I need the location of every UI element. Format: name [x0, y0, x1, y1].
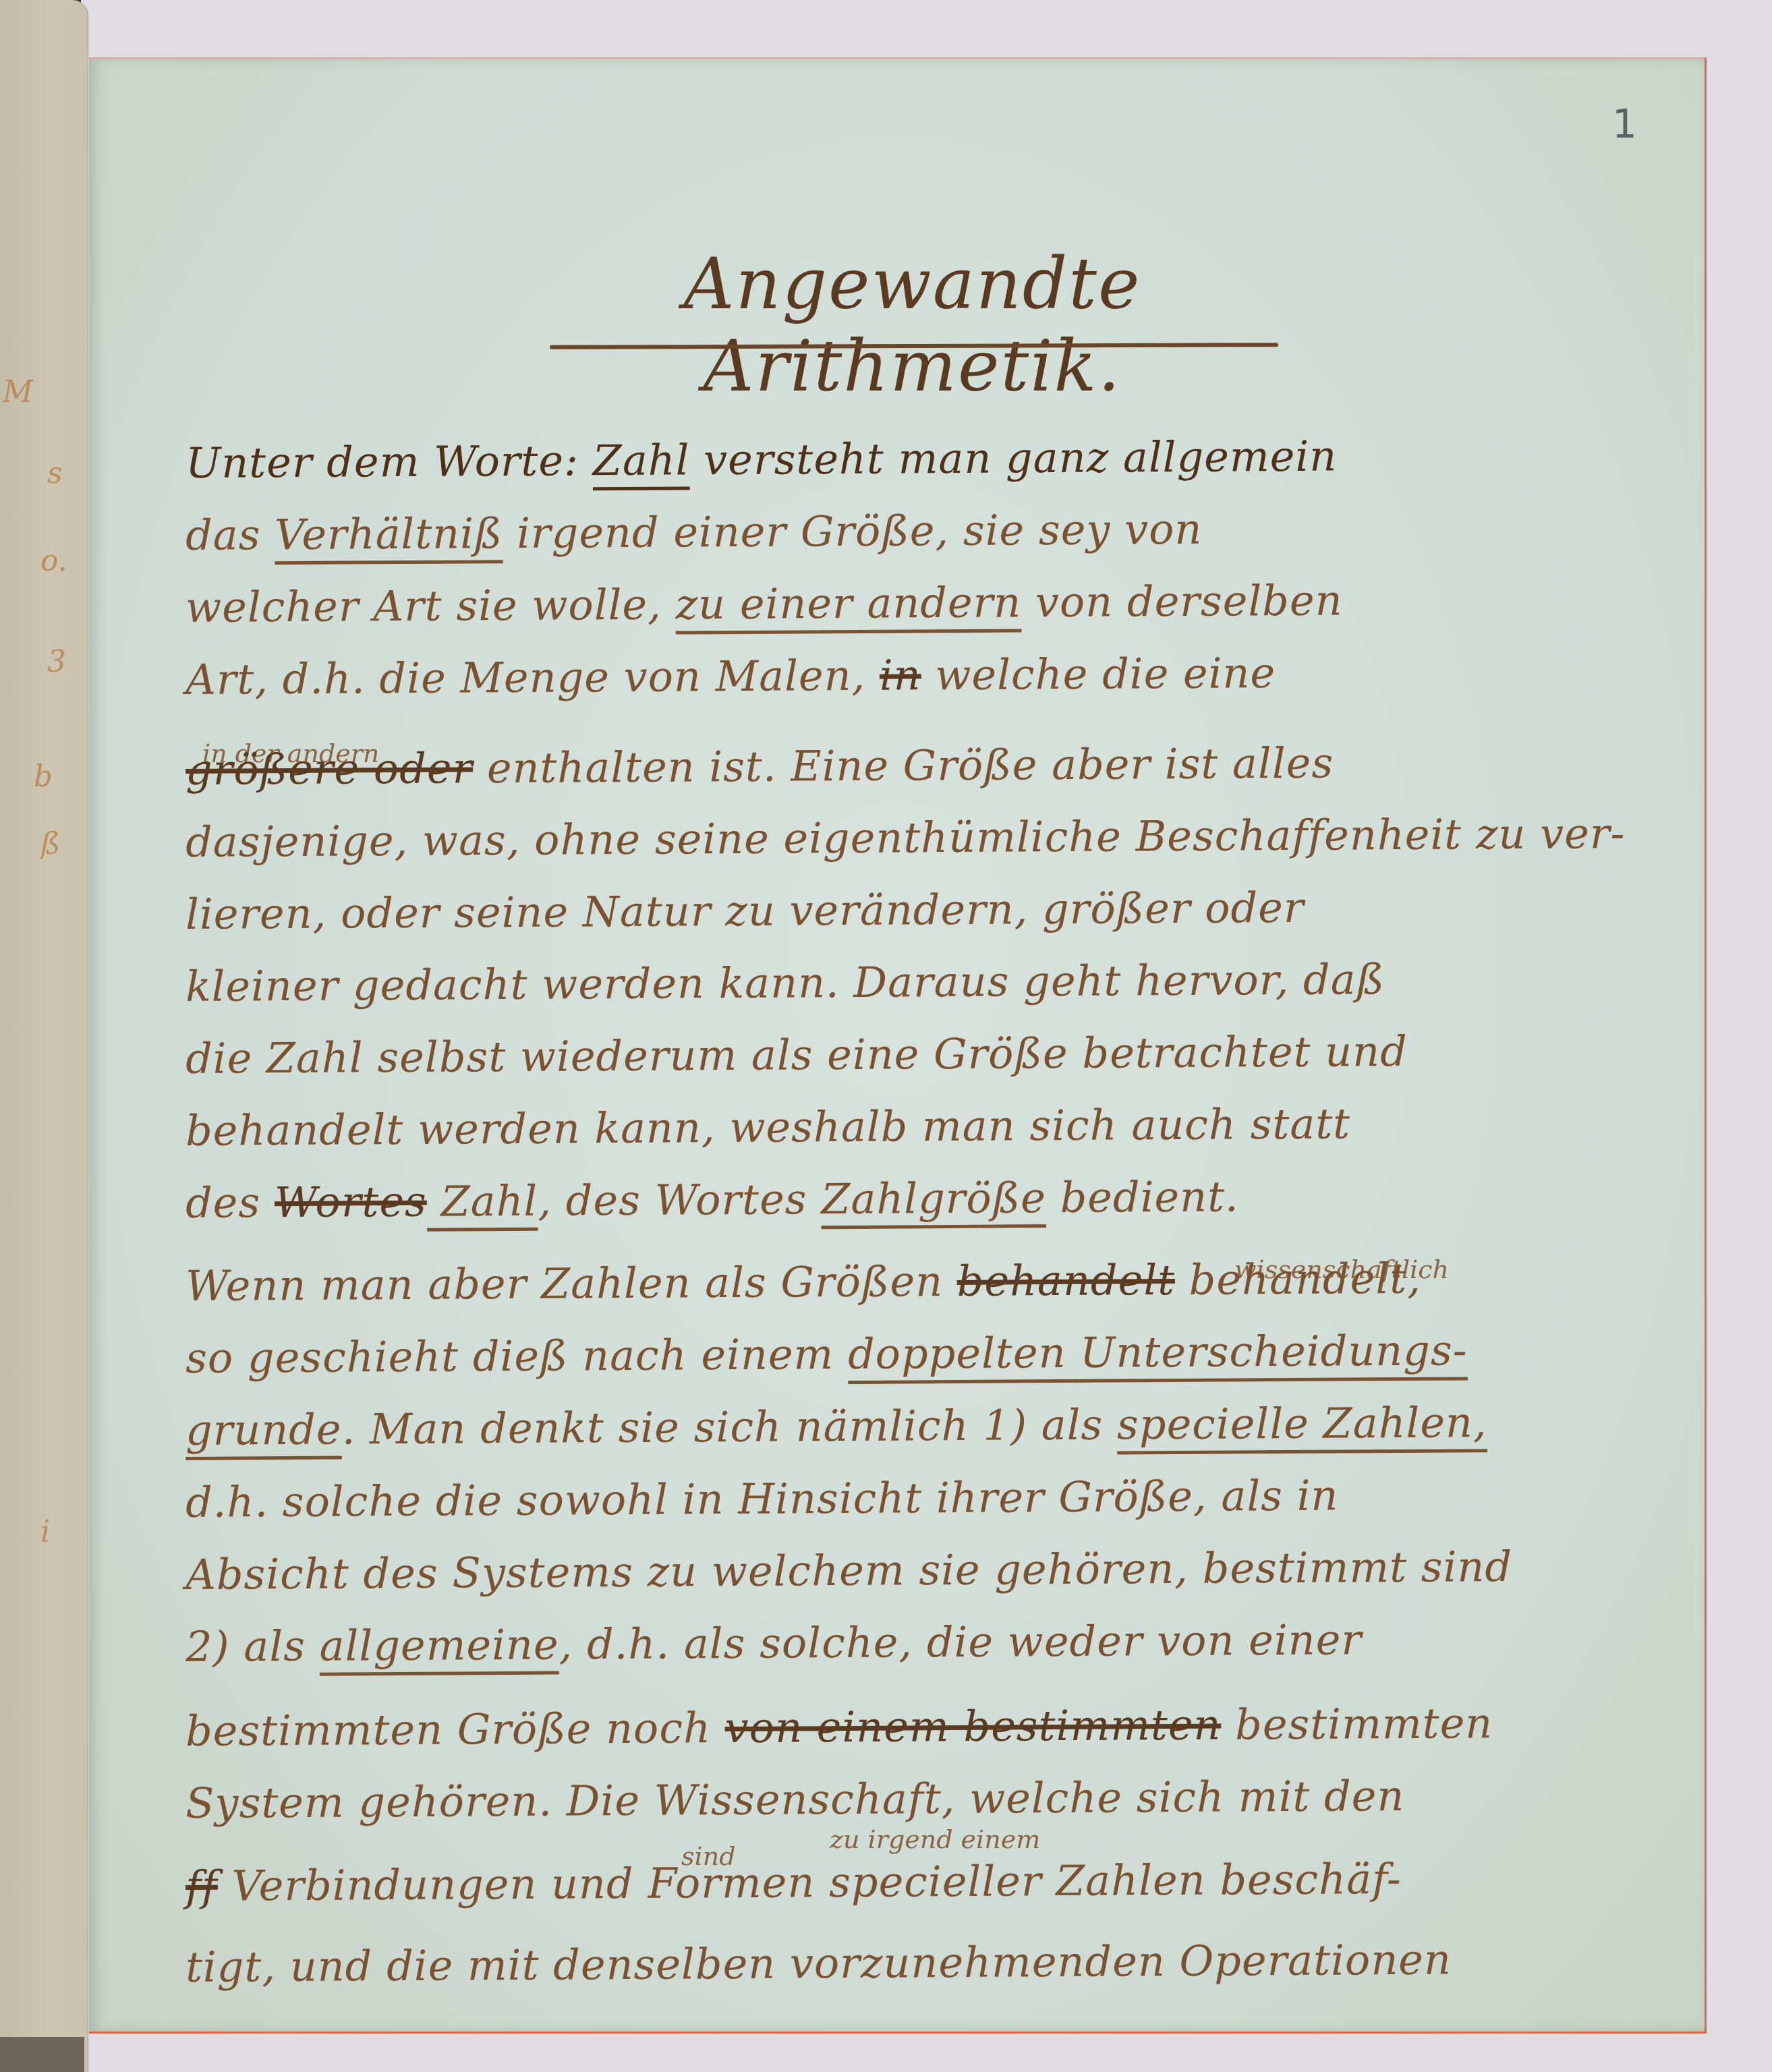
text-line: dasjenige, was, ohne seine eigenthümlich…: [185, 809, 1676, 867]
text-line: bestimmten Größe noch von einem bestimmt…: [185, 1698, 1676, 1756]
text-line: des Wortes Zahl, des Wortes Zahlgröße be…: [185, 1170, 1676, 1228]
text-line: größere oder enthalten ist. Eine Größe a…: [185, 737, 1676, 795]
text-line: die Zahl selbst wiederum als eine Größe …: [185, 1025, 1676, 1083]
text-line: lieren, oder seine Natur zu verändern, g…: [185, 881, 1676, 939]
text-line: kleiner gedacht werden kann. Daraus geht…: [185, 953, 1676, 1011]
text-line: Unter dem Worte: Zahl versteht man ganz …: [185, 430, 1676, 488]
text-line: Absicht des Systems zu welchem sie gehör…: [185, 1541, 1676, 1599]
text-line: Art, d.h. die Menge von Malen, in welche…: [185, 646, 1676, 704]
flyleaf-page: M s o. 3 b ß i: [0, 0, 88, 2072]
text-line: ff Verbindungen und Formen specieller Za…: [185, 1853, 1676, 1911]
page-title: Angewandte Arithmetik.: [550, 243, 1275, 407]
text-line: grunde. Man denkt sie sich nämlich 1) al…: [185, 1397, 1676, 1455]
text-line: System gehören. Die Wissenschaft, welche…: [185, 1770, 1676, 1828]
text-line: Wenn man aber Zahlen als Größen behandel…: [185, 1253, 1676, 1311]
text-line: das Verhältniß irgend einer Größe, sie s…: [185, 502, 1676, 560]
text-line: welcher Art sie wolle, zu einer andern v…: [185, 574, 1676, 632]
interlinear-insertion: zu irgend einem: [830, 1824, 1040, 1854]
text-line: behandelt werden kann, weshalb man sich …: [185, 1097, 1676, 1155]
text-line: 2) als allgemeine, d.h. als solche, die …: [185, 1613, 1676, 1671]
text-line: d.h. solche die sowohl in Hinsicht ihrer…: [185, 1469, 1676, 1527]
flyleaf-fragment: M: [3, 378, 84, 407]
book-cover-edge: [0, 2037, 84, 2072]
text-line: so geschieht dieß nach einem doppelten U…: [185, 1325, 1676, 1383]
text-line: tigt, und die mit denselben vorzunehmend…: [185, 1934, 1676, 1992]
page-number: 1: [1612, 101, 1637, 147]
